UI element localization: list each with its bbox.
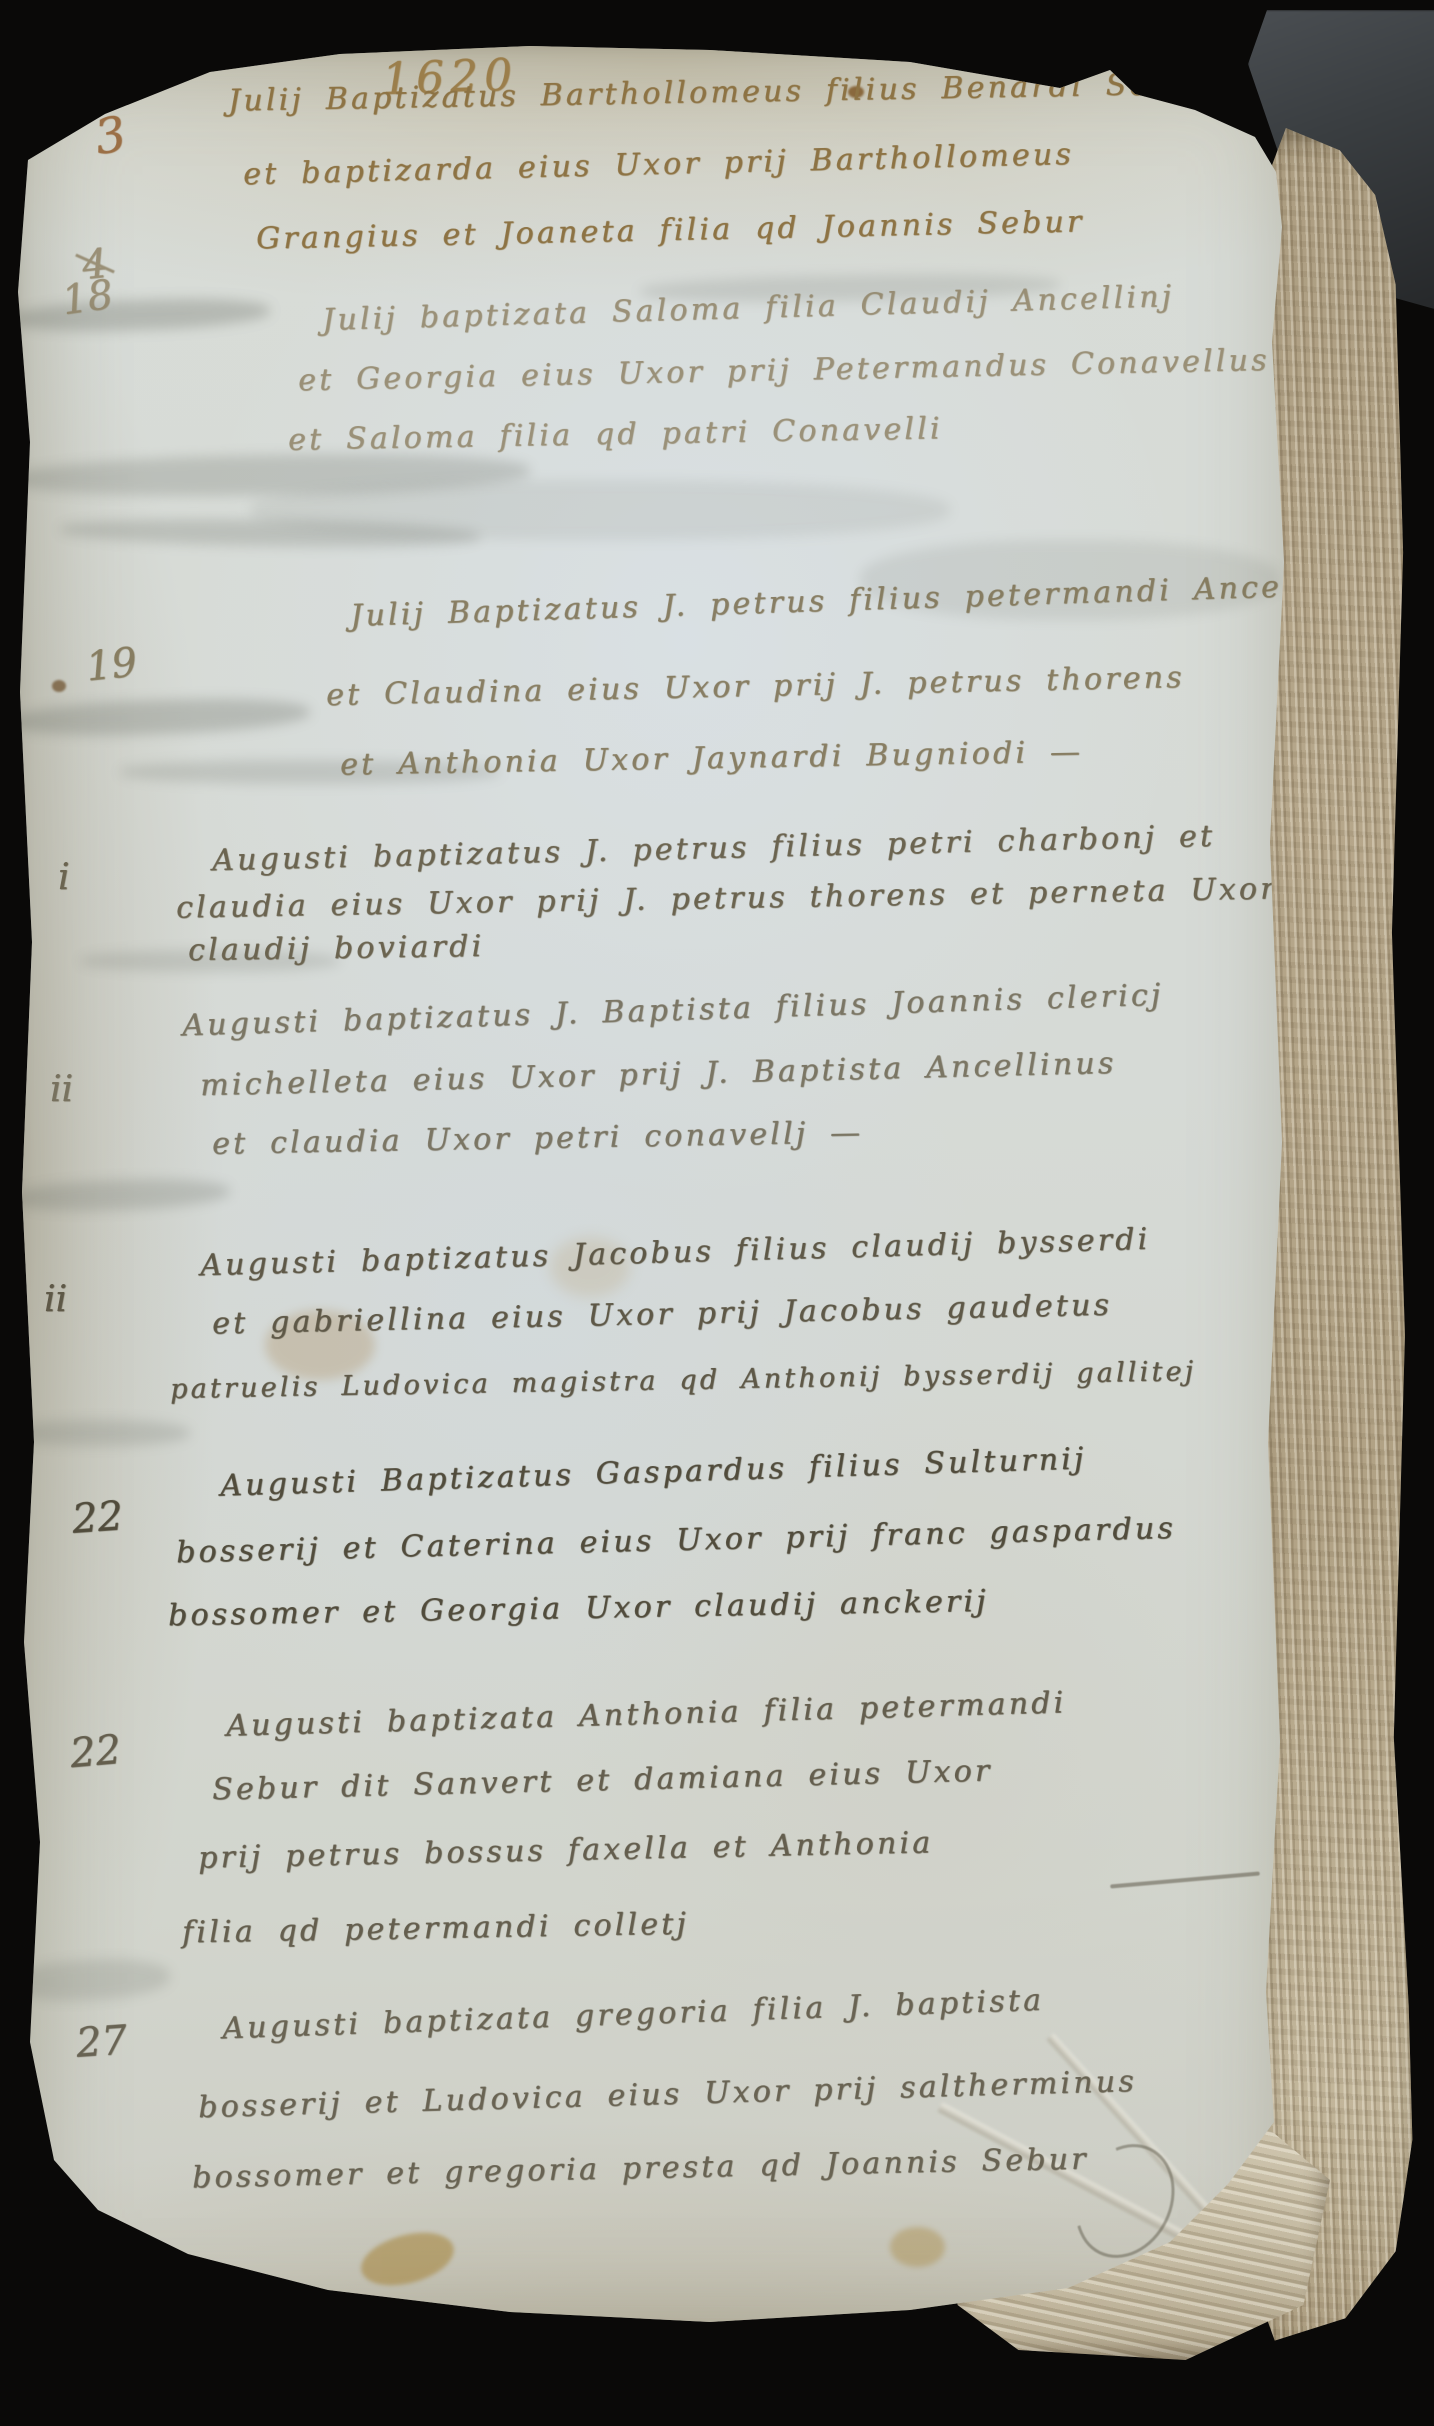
entry-text-line: et Claudina eius Uxor prij J. petrus tho… xyxy=(326,661,1185,712)
entry-text-line: Augusti baptizata Anthonia filia peterma… xyxy=(226,1686,1067,1742)
entry-day-number: 19 xyxy=(84,642,139,687)
manuscript-photo: 1620 3 Julij Baptizatus Barthollomeus fi… xyxy=(0,0,1434,2426)
paper-stain xyxy=(52,680,66,692)
entry-text-line: Augusti baptizatus Jacobus filius claudi… xyxy=(200,1223,1151,1283)
entry-text-line: Julij Baptizatus Barthollomeus filius Be… xyxy=(228,67,1213,117)
entry-text-line: Grangius et Joaneta filia qd Joannis Seb… xyxy=(256,205,1085,255)
entry-text-line: Augusti Baptizatus Gaspardus filius Sult… xyxy=(220,1442,1087,1502)
entry-text-line: prij petrus bossus faxella et Anthonia xyxy=(198,1826,934,1874)
entry-day-number: 22 xyxy=(68,1730,122,1774)
entry-day-number: 22 xyxy=(71,1496,125,1539)
ink-bleedthrough xyxy=(10,295,271,334)
entry-day-number: ii xyxy=(50,1072,73,1108)
ink-bleedthrough xyxy=(10,1420,190,1446)
entry-text-line: bossomer et gregoria presta qd Joannis S… xyxy=(192,2143,1089,2195)
entry-day-number: i xyxy=(58,860,70,896)
entry-text-line: Augusti baptizatus J. Baptista filius Jo… xyxy=(182,979,1164,1043)
ink-bleedthrough xyxy=(250,480,950,540)
entry-day-number: 18 xyxy=(59,275,115,322)
entry-text-line: et claudia Uxor petri conavellj — xyxy=(212,1116,864,1160)
ink-bleedthrough xyxy=(10,1176,231,1214)
entry-day-number: ii xyxy=(44,1282,67,1318)
entry-text-line: michelleta eius Uxor prij J. Baptista An… xyxy=(200,1047,1117,1102)
entry-text-line: et Anthonia Uxor Jaynardi Bugniodi — xyxy=(340,736,1084,782)
entry-text-line: filia qd petermandi colletj xyxy=(182,1908,689,1950)
ink-bleedthrough xyxy=(9,695,310,739)
entry-text-line: claudia eius Uxor prij J. petrus thorens… xyxy=(176,872,1278,924)
entry-day-number: 27 xyxy=(75,2020,129,2063)
paper-stain xyxy=(355,2224,459,2295)
ink-flourish-dash xyxy=(1110,1871,1260,1888)
entry-text-line: Julij Baptizatus J. petrus filius peterm… xyxy=(350,568,1356,633)
entry-text-line: et Saloma filia qd patri Conavelli xyxy=(288,412,943,456)
entry-text-line: et baptizarda eius Uxor prij Barthollome… xyxy=(243,138,1075,191)
register-page: 1620 3 Julij Baptizatus Barthollomeus fi… xyxy=(10,42,1310,2342)
entry-text-line: bosserij et Ludovica eius Uxor prij salt… xyxy=(198,2065,1138,2124)
entry-text-line: Augusti baptizata gregoria filia J. bapt… xyxy=(222,1984,1045,2046)
entry-text-line: bosserij et Caterina eius Uxor prij fran… xyxy=(176,1512,1177,1569)
entry-text-line: claudij boviardi xyxy=(188,930,485,967)
entry-text-line: Augusti baptizatus J. petrus filius petr… xyxy=(212,820,1216,878)
entry-text-line: Sebur dit Sanvert et damiana eius Uxor xyxy=(212,1754,993,1806)
entry-text-line: bossomer et Georgia Uxor claudij anckeri… xyxy=(168,1585,989,1632)
paper-stain xyxy=(890,2227,945,2267)
entry-text-line: et gabriellina eius Uxor prij Jacobus ga… xyxy=(212,1289,1113,1341)
entry-text-line: et Georgia eius Uxor prij Petermandus Co… xyxy=(298,344,1270,397)
ink-bleedthrough xyxy=(9,1956,171,2004)
entry-day-number: 3 xyxy=(91,110,129,163)
